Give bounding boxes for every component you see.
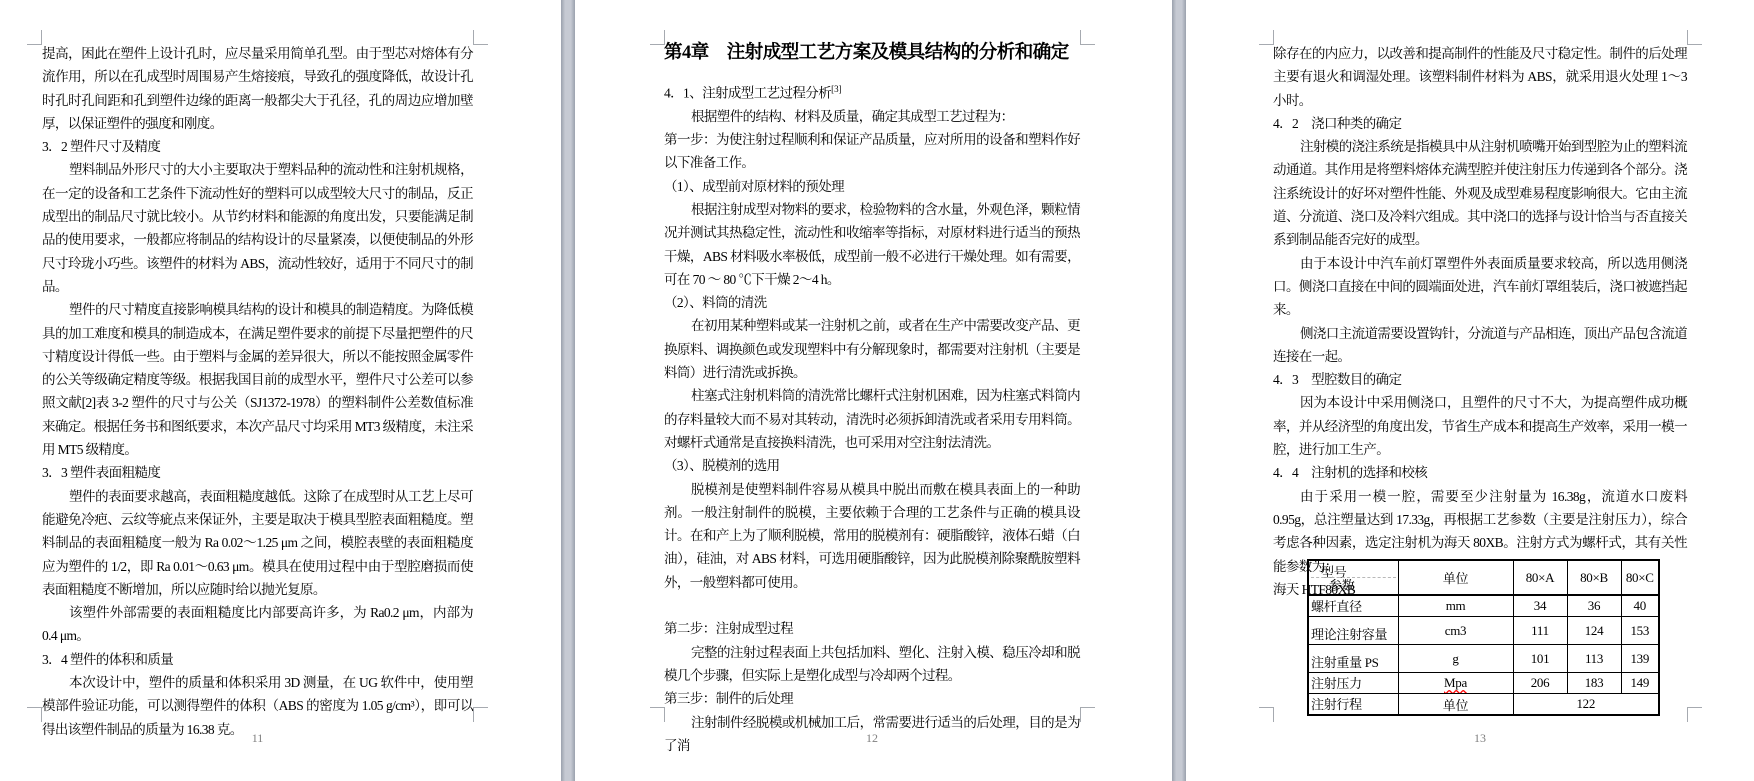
page-gutter	[561, 0, 575, 781]
paragraph: （3）、脱模剂的选用	[664, 454, 1080, 477]
section-heading: 3．3 塑件表面粗糙度	[42, 461, 473, 484]
crop-mark	[1080, 707, 1095, 722]
row-label: 注射行程	[1308, 694, 1398, 716]
table-row: 螺杆直径mm343640	[1308, 595, 1659, 617]
row-label: 螺杆直径	[1308, 595, 1398, 617]
table-row: 理论注射容量cm3111124153	[1308, 617, 1659, 645]
page-gutter	[1172, 0, 1186, 781]
paragraph: 由于本设计中汽车前灯罩塑件外表面质量要求较高，所以选用侧浇口。侧浇口直接在中间的…	[1273, 252, 1687, 322]
paragraph: 根据塑件的结构、材料及质量，确定其成型工艺过程为：	[664, 105, 1080, 128]
paragraph: 根据注射成型对物料的要求，检验物料的含水量，外观色泽，颗粒情况并测试其热稳定性，…	[664, 198, 1080, 291]
table-column-header: 单位	[1398, 560, 1513, 595]
table-column-header: 80×C	[1621, 560, 1659, 595]
crop-mark	[473, 30, 488, 45]
row-value: 36	[1567, 595, 1621, 617]
table-column-header: 80×B	[1567, 560, 1621, 595]
paragraph: 因为本设计中采用侧浇口，且塑件的尺寸不大，为提高塑件成功概率，并从经济型的角度出…	[1273, 391, 1687, 461]
crop-mark	[650, 707, 665, 722]
paragraph: 第二步：注射成型过程	[664, 617, 1080, 640]
row-value-merged: 122	[1513, 694, 1659, 716]
paragraph	[664, 594, 1080, 617]
table-row: 注射重量 PSg101113139	[1308, 645, 1659, 673]
paragraph: 完整的注射过程表面上共包括加料、塑化、注射入模、稳压冷却和脱模几个步骤，但实际上…	[664, 641, 1080, 688]
table-row: 注射行程单位122	[1308, 694, 1659, 716]
page-number: 12	[664, 731, 1080, 746]
paragraph: （1）、成型前对原材料的预处理	[664, 175, 1080, 198]
row-value: 34	[1513, 595, 1567, 617]
paragraph: 脱模剂是使塑料制件容易从模具中脱出而敷在模具表面上的一种助剂。一般注射制件的脱模…	[664, 478, 1080, 594]
row-value: 111	[1513, 617, 1567, 645]
page-11-text: 提高，困此在塑件上设计孔时，应尽量采用简单孔型。由于型芯对熔体有分流作用，所以在…	[42, 42, 473, 741]
section-heading: 4．2 浇口种类的确定	[1273, 112, 1687, 135]
machine-spec-table: 型号参数单位80×A80×B80×C螺杆直径mm343640理论注射容量cm31…	[1307, 559, 1660, 716]
table-column-header: 80×A	[1513, 560, 1567, 595]
row-unit: mm	[1398, 595, 1513, 617]
paragraph: 该塑件外部需要的表面粗糙度比内部要高许多，为 Ra0.2 μm，内部为 0.4 …	[42, 601, 473, 648]
section-heading: 4．1、注射成型工艺过程分析[3]	[664, 78, 1080, 105]
row-value: 153	[1621, 617, 1659, 645]
paragraph: 柱塞式注射机料筒的清洗常比螺杆式注射机困难，因为柱塞式料筒内的存料量较大而不易对…	[664, 384, 1080, 454]
row-label: 注射重量 PS	[1308, 645, 1398, 673]
row-label: 理论注射容量	[1308, 617, 1398, 645]
chapter-title: 第4章 注射成型工艺方案及模具结构的分析和确定	[664, 38, 1080, 68]
crop-mark	[1259, 30, 1274, 45]
crop-mark	[1687, 30, 1702, 45]
section-heading: 4．4 注射机的选择和校核	[1273, 461, 1687, 484]
paragraph: 侧浇口主流道需要设置钩针，分流道与产品相连，顶出产品包含流道连接在一起。	[1273, 322, 1687, 369]
paragraph: 注射模的浇注系统是指模具中从注射机喷嘴开始到型腔为止的塑料流动通道。其作用是将塑…	[1273, 135, 1687, 251]
row-unit: g	[1398, 645, 1513, 673]
crop-mark	[473, 707, 488, 722]
page-number: 13	[1273, 731, 1687, 746]
section-heading: 3．2 塑件尺寸及精度	[42, 135, 473, 158]
page-number: 11	[42, 731, 473, 746]
row-unit: Mpa	[1398, 673, 1513, 694]
section-heading: 4．3 型腔数目的确定	[1273, 368, 1687, 391]
paragraph: 塑件的尺寸精度直接影响模具结构的设计和模具的制造精度。为降低模具的加工难度和模具…	[42, 298, 473, 461]
paragraph: 塑料制品外形尺寸的大小主要取决于塑料品种的流动性和注射机规格，在一定的设备和工艺…	[42, 158, 473, 298]
section-heading: 3．4 塑件的体积和质量	[42, 648, 473, 671]
crop-mark	[650, 30, 665, 45]
paragraph: 第三步：制件的后处理	[664, 687, 1080, 710]
spellcheck-underline: Mpa	[1444, 675, 1467, 690]
row-value: 113	[1567, 645, 1621, 673]
table-corner-cell: 型号参数	[1308, 560, 1398, 595]
row-label: 注射压力	[1308, 673, 1398, 694]
row-unit: 单位	[1398, 694, 1513, 716]
paragraph: （2）、料筒的清洗	[664, 291, 1080, 314]
row-value: 183	[1567, 673, 1621, 694]
page-12-text: 第4章 注射成型工艺方案及模具结构的分析和确定4．1、注射成型工艺过程分析[3]…	[664, 38, 1080, 757]
crop-mark	[1080, 30, 1095, 45]
row-value: 149	[1621, 673, 1659, 694]
row-value: 101	[1513, 645, 1567, 673]
row-value: 40	[1621, 595, 1659, 617]
row-value: 206	[1513, 673, 1567, 694]
page-13-text: 除存在的内应力，以改善和提高制件的性能及尺寸稳定性。制件的后处理主要有退火和调湿…	[1273, 42, 1687, 601]
crop-mark	[1687, 707, 1702, 722]
crop-mark	[1259, 707, 1274, 722]
row-value: 139	[1621, 645, 1659, 673]
crop-mark	[27, 30, 42, 45]
corner-bottom-label: 参数	[1329, 575, 1354, 594]
row-value: 124	[1567, 617, 1621, 645]
paragraph: 第一步：为使注射过程顺利和保证产品质量，应对所用的设备和塑料作好以下准备工作。	[664, 128, 1080, 175]
table-row: 注射压力Mpa206183149	[1308, 673, 1659, 694]
paragraph: 在初用某种塑料或某一注射机之前，或者在生产中需要改变产品、更换原料、调换颜色或发…	[664, 314, 1080, 384]
row-unit: cm3	[1398, 617, 1513, 645]
paragraph: 塑件的表面要求越高，表面粗糙度越低。这除了在成型时从工艺上尽可能避免冷疤、云纹等…	[42, 485, 473, 601]
paragraph: 提高，困此在塑件上设计孔时，应尽量采用简单孔型。由于型芯对熔体有分流作用，所以在…	[42, 42, 473, 135]
document-canvas[interactable]: 提高，困此在塑件上设计孔时，应尽量采用简单孔型。由于型芯对熔体有分流作用，所以在…	[0, 0, 1754, 781]
crop-mark	[27, 707, 42, 722]
paragraph: 除存在的内应力，以改善和提高制件的性能及尺寸稳定性。制件的后处理主要有退火和调湿…	[1273, 42, 1687, 112]
